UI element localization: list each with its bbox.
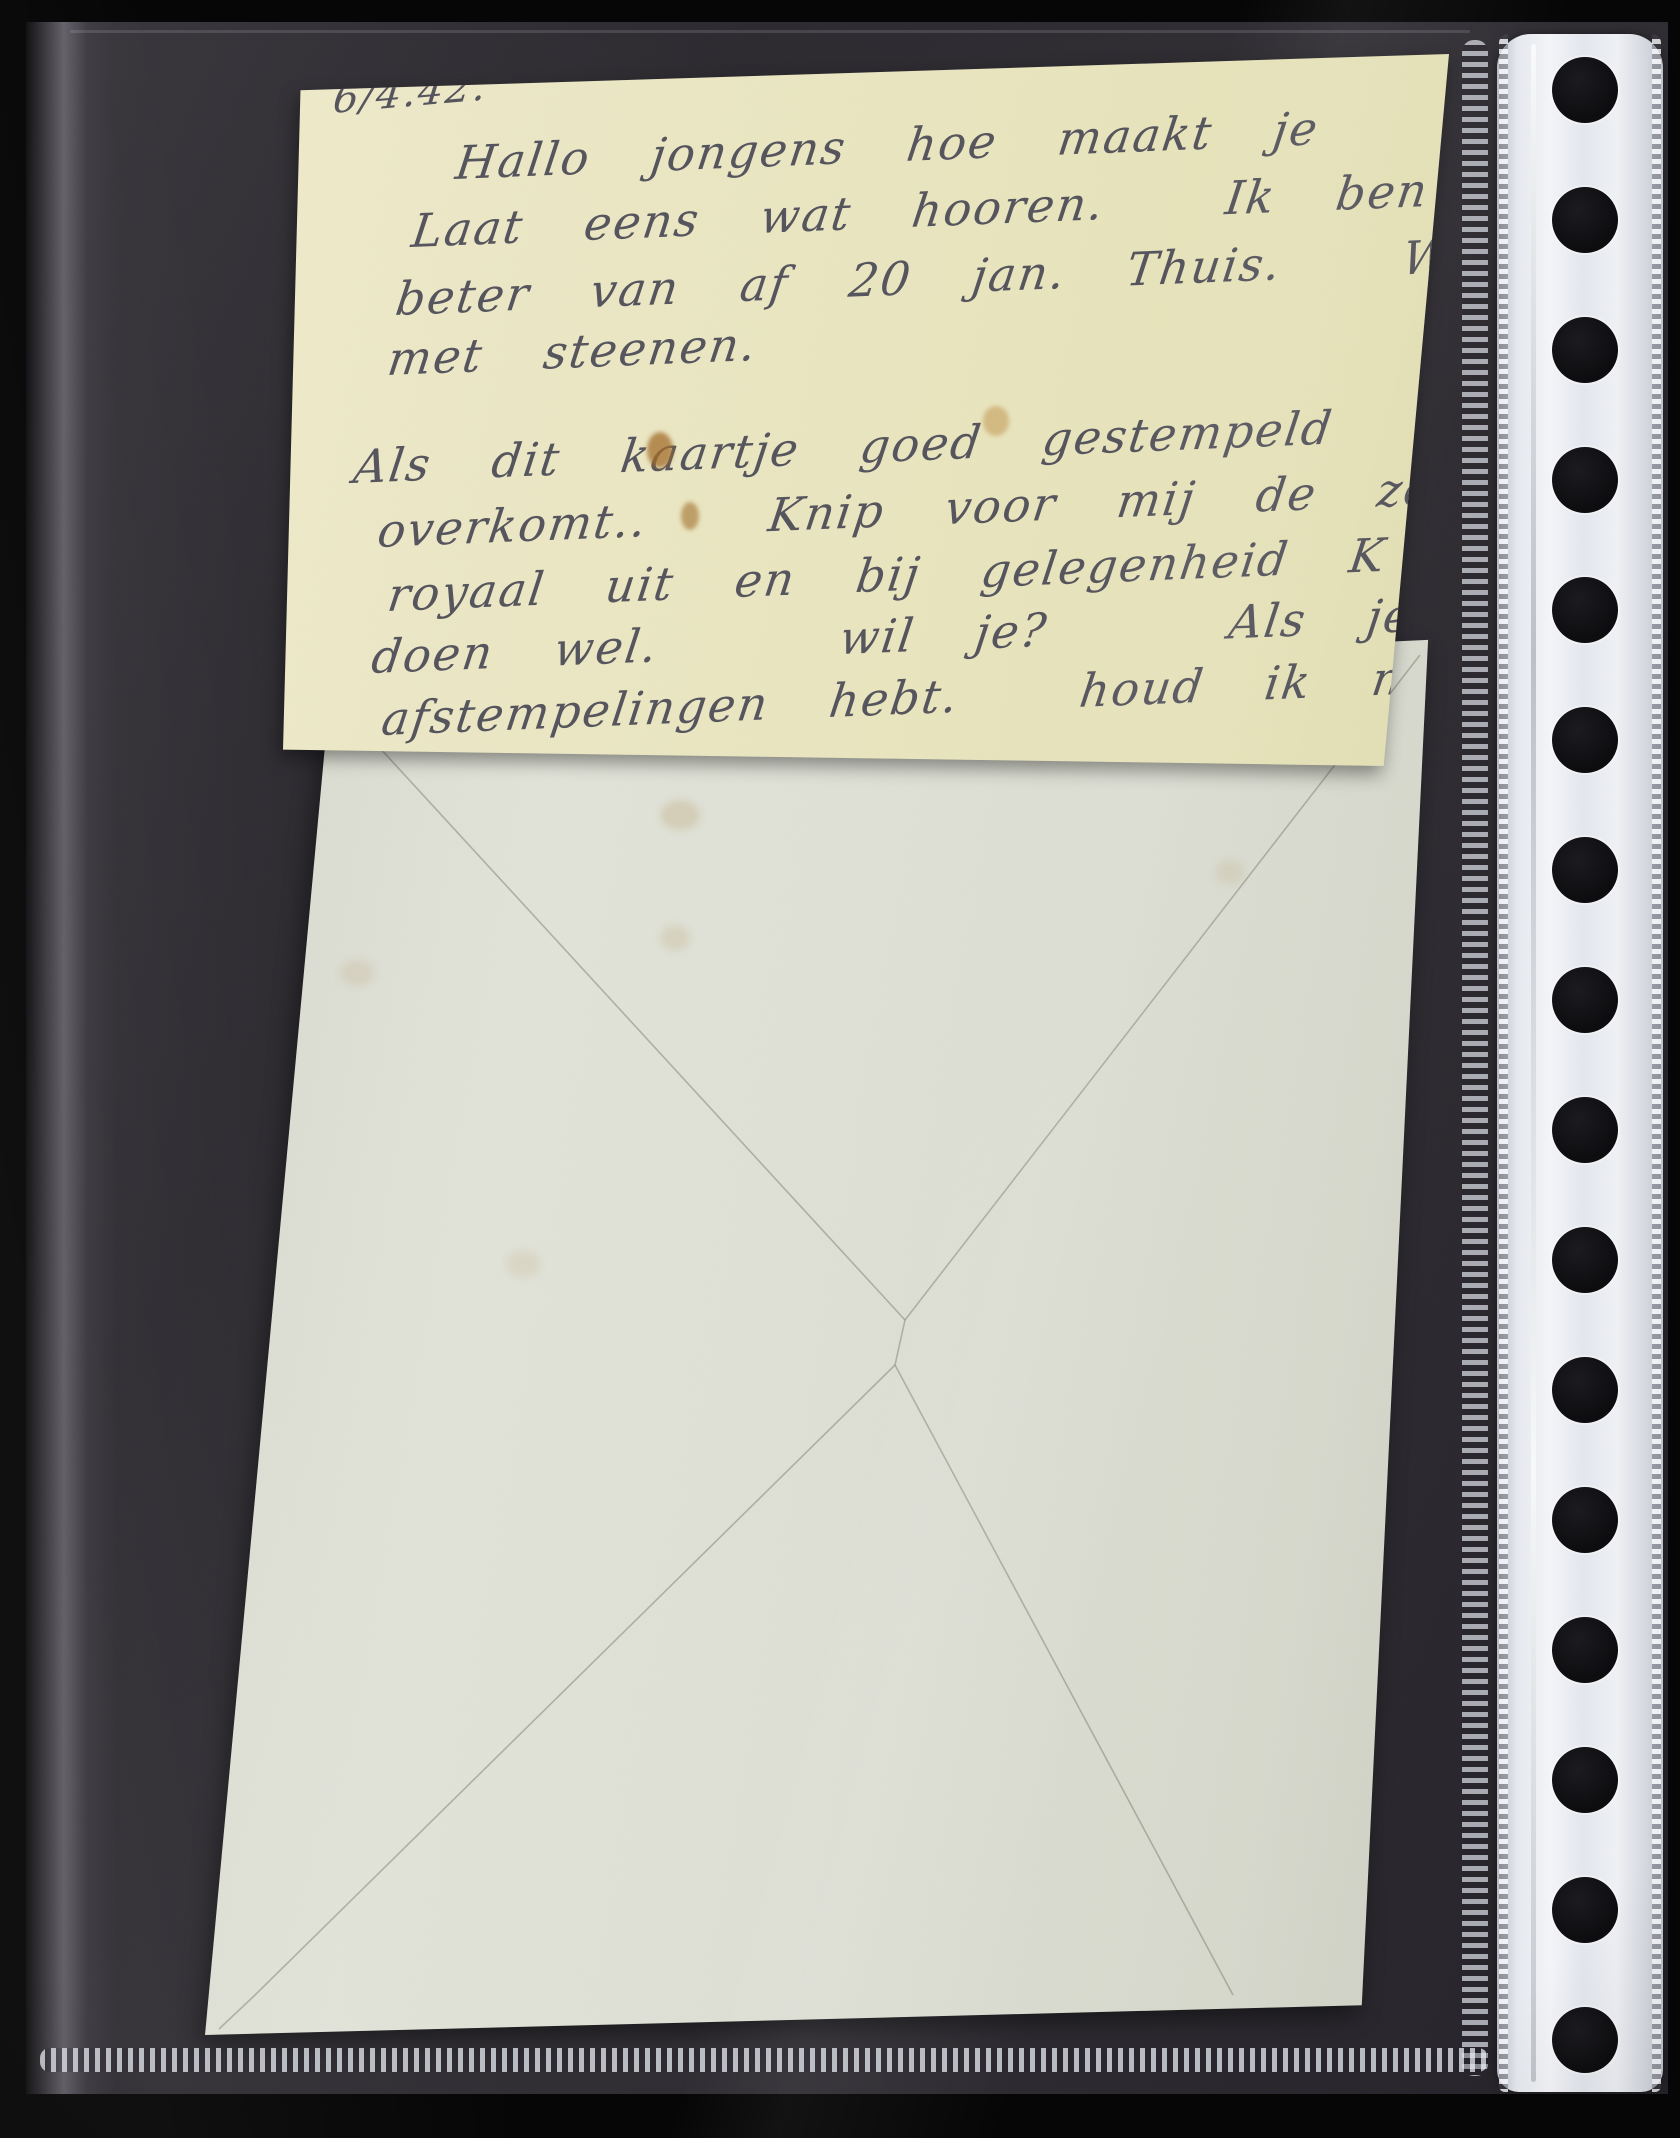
strip-hole bbox=[1552, 317, 1618, 383]
note-card-wrapper: 6/4.42. Hallo jongens hoe maakt je Laat … bbox=[283, 54, 1449, 766]
strip-hole bbox=[1552, 707, 1618, 773]
strip-hole bbox=[1552, 57, 1618, 123]
strip-hole bbox=[1552, 2007, 1618, 2073]
strip-hole bbox=[1552, 1877, 1618, 1943]
sleeve-vertical-seam bbox=[1462, 40, 1488, 2076]
envelope-flap-creases bbox=[205, 630, 1433, 2042]
ink-stain bbox=[647, 432, 673, 468]
note-line: met steenen. bbox=[385, 321, 761, 382]
foxing-stain bbox=[340, 960, 374, 986]
strip-hole bbox=[1552, 187, 1618, 253]
sleeve-left-fold bbox=[26, 22, 116, 2094]
strip-hole bbox=[1552, 837, 1618, 903]
strip-hole bbox=[1552, 1617, 1618, 1683]
strip-hole bbox=[1552, 1747, 1618, 1813]
album-page-photo: 6/4.42. Hallo jongens hoe maakt je Laat … bbox=[0, 0, 1680, 2138]
binder-strip bbox=[1497, 34, 1663, 2092]
strip-hole bbox=[1552, 1487, 1618, 1553]
envelope-wrapper bbox=[205, 630, 1433, 2042]
note-date: 6/4.42. bbox=[331, 66, 490, 120]
foxing-stain bbox=[660, 925, 690, 951]
strip-hole bbox=[1552, 1097, 1618, 1163]
ink-stain bbox=[983, 406, 1009, 436]
strip-hole bbox=[1552, 447, 1618, 513]
sleeve-top-edge-highlight bbox=[70, 30, 1470, 33]
strip-hole bbox=[1552, 577, 1618, 643]
envelope-back bbox=[205, 630, 1433, 2042]
ink-stain bbox=[681, 502, 699, 530]
foxing-stain bbox=[660, 800, 700, 830]
strip-hole bbox=[1552, 1357, 1618, 1423]
note-card: 6/4.42. Hallo jongens hoe maakt je Laat … bbox=[283, 54, 1449, 766]
foxing-stain bbox=[505, 1250, 541, 1278]
sleeve-bottom-seam bbox=[40, 2048, 1488, 2072]
strip-hole bbox=[1552, 967, 1618, 1033]
strip-embossed-ridge bbox=[1531, 44, 1536, 2082]
foxing-stain bbox=[1215, 860, 1245, 884]
strip-hole bbox=[1552, 1227, 1618, 1293]
